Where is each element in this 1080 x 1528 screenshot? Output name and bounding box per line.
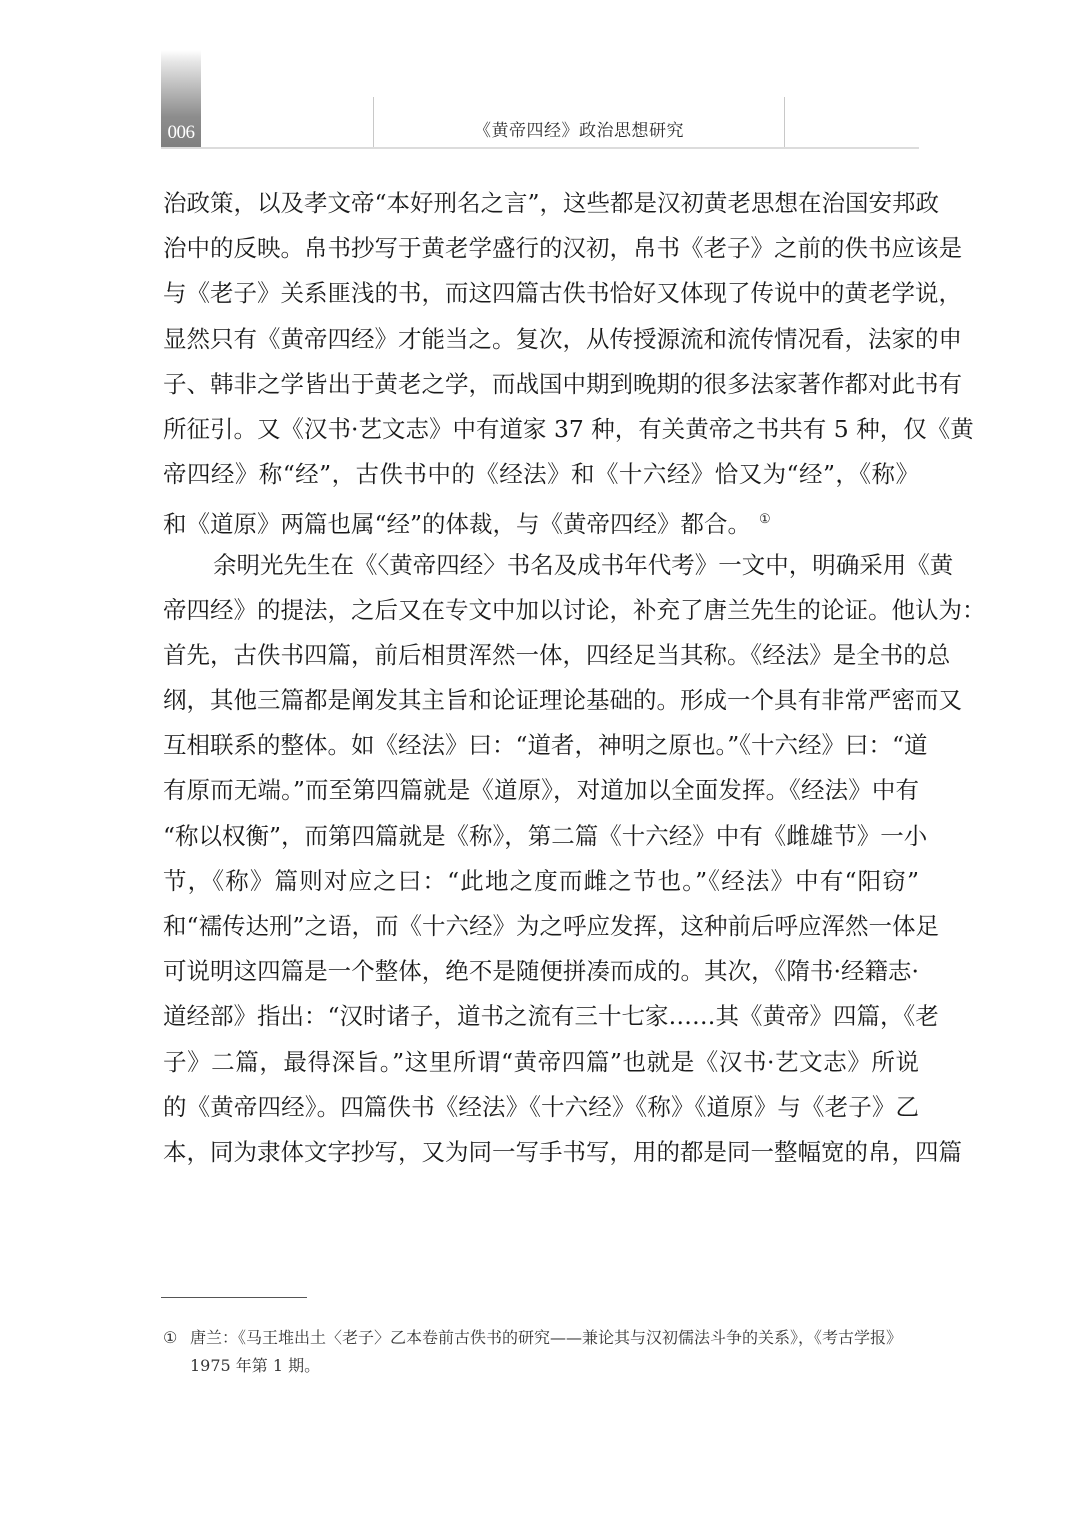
footnote-reference[interactable]: ① (759, 512, 771, 527)
text-line: 纲，其他三篇都是阐发其主旨和论证理论基础的。形成一个具有非常严密而又 (163, 678, 919, 723)
text-line: 互相联系的整体。如《经法》曰：“道者，神明之原也。”《十六经》曰：“道 (163, 723, 919, 768)
page-number-tab: 006 (161, 50, 201, 148)
text-line: 首先，古佚书四篇，前后相贯浑然一体，四经足当其称。《经法》是全书的总 (163, 633, 919, 678)
text-line: 与《老子》关系匪浅的书，而这四篇古佚书恰好又体现了传说中的黄老学说， (163, 271, 919, 316)
paragraph-end-line: 和《道原》两篇也属“经”的体裁，与《黄帝四经》都合。① (163, 497, 919, 542)
text-line: 子、韩非之学皆出于黄老之学，而战国中期到晚期的很多法家著作都对此书有 (163, 362, 919, 407)
page-number: 006 (161, 122, 201, 144)
header-divider-right (784, 97, 785, 148)
body-text: 治政策，以及孝文帝“本好刑名之言”，这些都是汉初黄老思想在治国安邦政 治中的反映… (163, 181, 919, 1175)
footnote: ①唐兰：《马王堆出土〈老子〉乙本卷前古佚书的研究——兼论其与汉初儒法斗争的关系》… (163, 1324, 919, 1380)
text-line: 帝四经》称“经”，古佚书中的《经法》和《十六经》恰又为“经”，《称》 (163, 452, 919, 497)
text-line: “称以权衡”，而第四篇就是《称》，第二篇《十六经》中有《雌雄节》一小 (163, 814, 919, 859)
text-line: 治中的反映。帛书抄写于黄老学盛行的汉初，帛书《老子》之前的佚书应该是 (163, 226, 919, 271)
footnote-rule (161, 1297, 307, 1298)
running-title: 《黄帝四经》政治思想研究 (374, 116, 784, 141)
paragraph-start-line: 余明光先生在《〈黄帝四经〉书名及成书年代考》一文中，明确采用《黄 (163, 543, 919, 588)
text-line: 可说明这四篇是一个整体，绝不是随便拼凑而成的。其次，《隋书·经籍志· (163, 949, 919, 994)
footnote-text: 唐兰：《马王堆出土〈老子〉乙本卷前古佚书的研究——兼论其与汉初儒法斗争的关系》，… (190, 1328, 902, 1347)
text-line: 有原而无端。”而至第四篇就是《道原》，对道加以全面发挥。《经法》中有 (163, 768, 919, 813)
text-line: 和《道原》两篇也属“经”的体裁，与《黄帝四经》都合。 (163, 510, 751, 538)
footnote-marker: ① (163, 1324, 190, 1352)
text-line: 所征引。又《汉书·艺文志》中有道家 37 种，有关黄帝之书共有 5 种，仅《黄 (163, 407, 919, 452)
text-line: 子》二篇，最得深旨。”这里所谓“黄帝四篇”也就是《汉书·艺文志》所说 (163, 1040, 919, 1085)
text-line: 本，同为隶体文字抄写，又为同一写手书写，用的都是同一整幅宽的帛，四篇 (163, 1130, 919, 1175)
text-line: 和“襦传达刑”之语，而《十六经》为之呼应发挥，这种前后呼应浑然一体足 (163, 904, 919, 949)
header-rule (161, 147, 919, 149)
text-line: 节，《称》篇则对应之曰：“此地之度而雌之节也。”《经法》中有“阳窃” (163, 859, 919, 904)
text-line: 帝四经》的提法，之后又在专文中加以讨论，补充了唐兰先生的论证。他认为： (163, 588, 919, 633)
text-line: 道经部》指出：“汉时诸子，道书之流有三十七家……其《黄帝》四篇，《老 (163, 994, 919, 1039)
text-line: 显然只有《黄帝四经》才能当之。复次，从传授源流和流传情况看，法家的申 (163, 317, 919, 362)
footnote-text-continued: 1975 年第 1 期。 (163, 1352, 919, 1380)
text-line: 治政策，以及孝文帝“本好刑名之言”，这些都是汉初黄老思想在治国安邦政 (163, 181, 919, 226)
text-line: 的《黄帝四经》。四篇佚书《经法》《十六经》《称》《道原》与《老子》乙 (163, 1085, 919, 1130)
